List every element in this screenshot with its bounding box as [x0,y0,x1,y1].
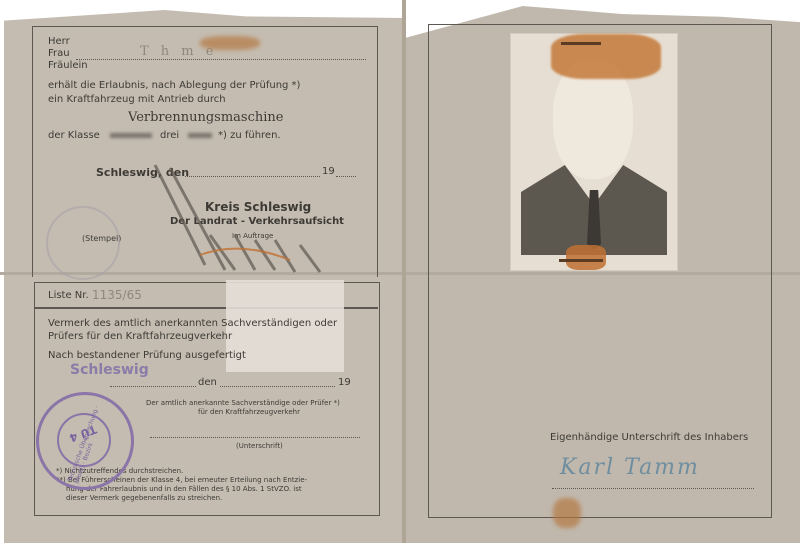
holder-signature: Karl Tamm [560,455,700,480]
rust-stain [200,36,260,50]
redacted-class [110,133,152,138]
examiner-signature-line [150,437,360,438]
place-stamp: Schleswig [70,362,149,378]
permission-line1: erhält die Erlaubnis, nach Ablegung der … [48,80,300,91]
vertical-fold [402,0,406,543]
holder-photo [510,33,678,271]
salutation-herr: Herr [48,36,70,47]
exam-date-prefix: den [198,377,217,388]
footnote2-line3: dieser Vermerk gegebenenfalls zu streich… [66,494,222,502]
engine-type: Verbrennungsmaschine [128,110,283,125]
permission-line2: ein Kraftfahrzeug mit Antrieb durch [48,94,226,105]
examiner-line2: für den Kraftfahrzeugverkehr [198,408,300,416]
holder-signature-label: Eigenhändige Unterschrift des Inhabers [550,432,748,443]
name-line [76,59,366,60]
rust-stain-bottom [553,498,581,528]
salutation-frau: Frau [48,48,70,59]
tuev-round-stamp: TÜ 4 Technische Überwachung · (Nord) · B… [36,392,134,490]
examiner-line1: Der amtlich anerkannte Sachverständige o… [146,399,340,407]
official-signature-scribble [150,160,340,275]
class-middle: drei [160,130,179,141]
remark-line3: Nach bestandener Prüfung ausgefertigt [48,350,246,361]
list-label: Liste Nr. [48,290,89,301]
redacted-class2 [188,133,212,138]
exam-year-prefix: 19 [338,377,351,388]
exam-date-line [220,386,335,387]
faded-round-stamp [46,206,120,280]
salutation-fraeulein: Fräulein [48,60,88,71]
remark-line1: Vermerk des amtlich anerkannten Sachvers… [48,318,337,329]
examiner-signature-label: (Unterschrift) [236,442,283,450]
list-number: 1135/65 [92,288,142,302]
class-suffix: *) zu führen. [218,130,281,141]
remark-line2: Prüfers für den Kraftfahrzeugverkehr [48,331,232,342]
class-prefix: der Klasse [48,130,100,141]
holder-signature-line [552,488,754,489]
place-line [110,386,196,387]
